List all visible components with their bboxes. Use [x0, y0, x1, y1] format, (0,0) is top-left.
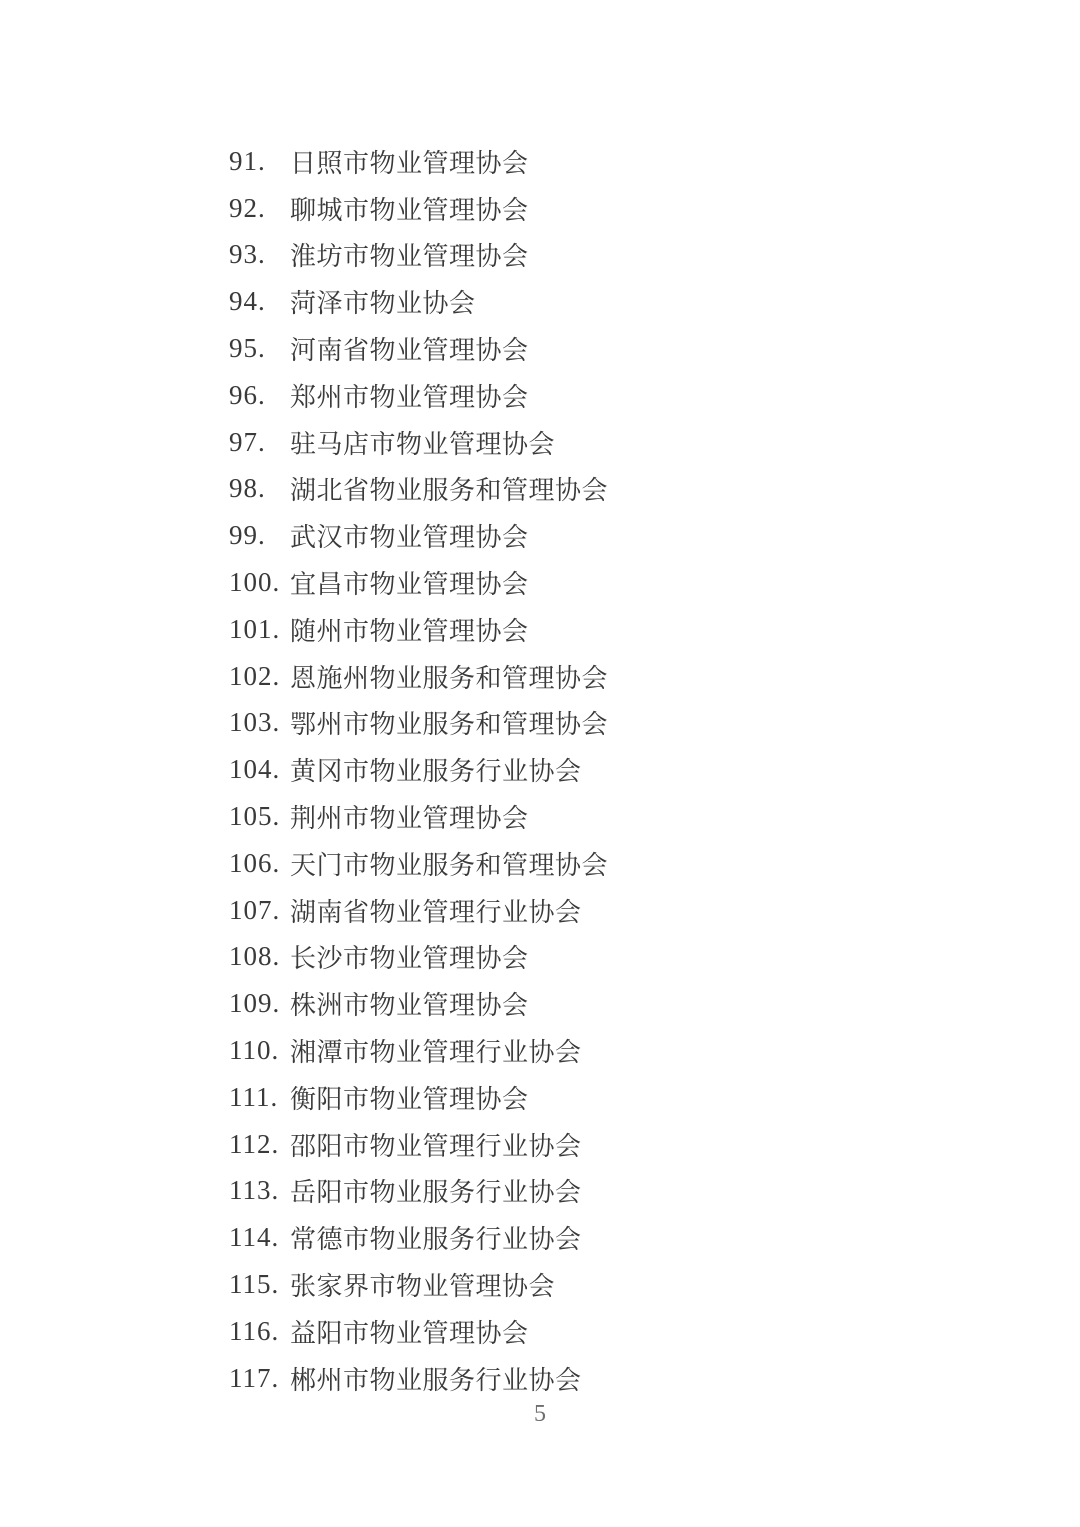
item-text: 驻马店市物业管理协会 [290, 424, 555, 461]
item-number: 96. [229, 380, 290, 411]
list-item: 94. 菏泽市物业协会 [229, 278, 608, 325]
item-text: 鄂州市物业服务和管理协会 [290, 704, 608, 741]
list-item: 109. 株洲市物业管理协会 [229, 980, 608, 1027]
list-item: 102. 恩施州物业服务和管理协会 [229, 653, 608, 700]
item-number: 92. [229, 193, 290, 224]
list-item: 103. 鄂州市物业服务和管理协会 [229, 700, 608, 747]
list-item: 98. 湖北省物业服务和管理协会 [229, 466, 608, 513]
item-text: 黄冈市物业服务行业协会 [290, 751, 582, 788]
list-item: 113. 岳阳市物业服务行业协会 [229, 1168, 608, 1215]
item-number: 99. [229, 520, 290, 551]
list-item: 91. 日照市物业管理协会 [229, 138, 608, 185]
item-number: 91. [229, 146, 290, 177]
association-list: 91. 日照市物业管理协会 92. 聊城市物业管理协会 93. 淮坊市物业管理协… [229, 138, 608, 1402]
item-text: 株洲市物业管理协会 [290, 985, 529, 1022]
item-text: 随州市物业管理协会 [290, 611, 529, 648]
item-number: 110. [229, 1035, 290, 1066]
list-item: 96. 郑州市物业管理协会 [229, 372, 608, 419]
item-number: 101. [229, 614, 290, 645]
list-item: 99. 武汉市物业管理协会 [229, 512, 608, 559]
list-item: 92. 聊城市物业管理协会 [229, 185, 608, 232]
item-text: 天门市物业服务和管理协会 [290, 845, 608, 882]
list-item: 114. 常德市物业服务行业协会 [229, 1214, 608, 1261]
item-number: 114. [229, 1222, 290, 1253]
list-item: 97. 驻马店市物业管理协会 [229, 419, 608, 466]
item-text: 聊城市物业管理协会 [290, 190, 529, 227]
item-number: 104. [229, 754, 290, 785]
list-item: 107. 湖南省物业管理行业协会 [229, 887, 608, 934]
item-text: 长沙市物业管理协会 [290, 938, 529, 975]
item-number: 98. [229, 473, 290, 504]
item-text: 菏泽市物业协会 [290, 283, 476, 320]
item-number: 115. [229, 1269, 290, 1300]
item-text: 常德市物业服务行业协会 [290, 1219, 582, 1256]
list-item: 104. 黄冈市物业服务行业协会 [229, 746, 608, 793]
item-number: 103. [229, 707, 290, 738]
list-item: 112. 邵阳市物业管理行业协会 [229, 1121, 608, 1168]
item-number: 111. [229, 1082, 290, 1113]
item-number: 94. [229, 286, 290, 317]
item-text: 淮坊市物业管理协会 [290, 236, 529, 273]
item-number: 106. [229, 848, 290, 879]
item-number: 95. [229, 333, 290, 364]
item-text: 张家界市物业管理协会 [290, 1266, 555, 1303]
item-number: 105. [229, 801, 290, 832]
item-text: 武汉市物业管理协会 [290, 517, 529, 554]
item-number: 97. [229, 427, 290, 458]
list-item: 105. 荆州市物业管理协会 [229, 793, 608, 840]
item-number: 109. [229, 988, 290, 1019]
list-item: 117. 郴州市物业服务行业协会 [229, 1355, 608, 1402]
item-text: 邵阳市物业管理行业协会 [290, 1126, 582, 1163]
list-item: 111. 衡阳市物业管理协会 [229, 1074, 608, 1121]
item-text: 湘潭市物业管理行业协会 [290, 1032, 582, 1069]
item-text: 郑州市物业管理协会 [290, 377, 529, 414]
item-number: 102. [229, 661, 290, 692]
item-text: 湖南省物业管理行业协会 [290, 892, 582, 929]
item-number: 113. [229, 1175, 290, 1206]
item-text: 恩施州物业服务和管理协会 [290, 658, 608, 695]
list-item: 115. 张家界市物业管理协会 [229, 1261, 608, 1308]
item-number: 117. [229, 1363, 290, 1394]
list-item: 110. 湘潭市物业管理行业协会 [229, 1027, 608, 1074]
list-item: 101. 随州市物业管理协会 [229, 606, 608, 653]
item-number: 108. [229, 941, 290, 972]
item-text: 郴州市物业服务行业协会 [290, 1360, 582, 1397]
item-number: 100. [229, 567, 290, 598]
item-text: 湖北省物业服务和管理协会 [290, 470, 608, 507]
list-item: 95. 河南省物业管理协会 [229, 325, 608, 372]
item-text: 河南省物业管理协会 [290, 330, 529, 367]
list-item: 106. 天门市物业服务和管理协会 [229, 840, 608, 887]
item-number: 107. [229, 895, 290, 926]
item-text: 荆州市物业管理协会 [290, 798, 529, 835]
item-text: 衡阳市物业管理协会 [290, 1079, 529, 1116]
document-page: 91. 日照市物业管理协会 92. 聊城市物业管理协会 93. 淮坊市物业管理协… [0, 0, 1080, 1527]
list-item: 108. 长沙市物业管理协会 [229, 934, 608, 981]
item-text: 宜昌市物业管理协会 [290, 564, 529, 601]
list-item: 93. 淮坊市物业管理协会 [229, 232, 608, 279]
item-text: 日照市物业管理协会 [290, 143, 529, 180]
item-number: 116. [229, 1316, 290, 1347]
list-item: 100. 宜昌市物业管理协会 [229, 559, 608, 606]
item-text: 岳阳市物业服务行业协会 [290, 1172, 582, 1209]
item-number: 112. [229, 1129, 290, 1160]
page-number: 5 [0, 1402, 1080, 1426]
list-item: 116. 益阳市物业管理协会 [229, 1308, 608, 1355]
item-number: 93. [229, 239, 290, 270]
item-text: 益阳市物业管理协会 [290, 1313, 529, 1350]
